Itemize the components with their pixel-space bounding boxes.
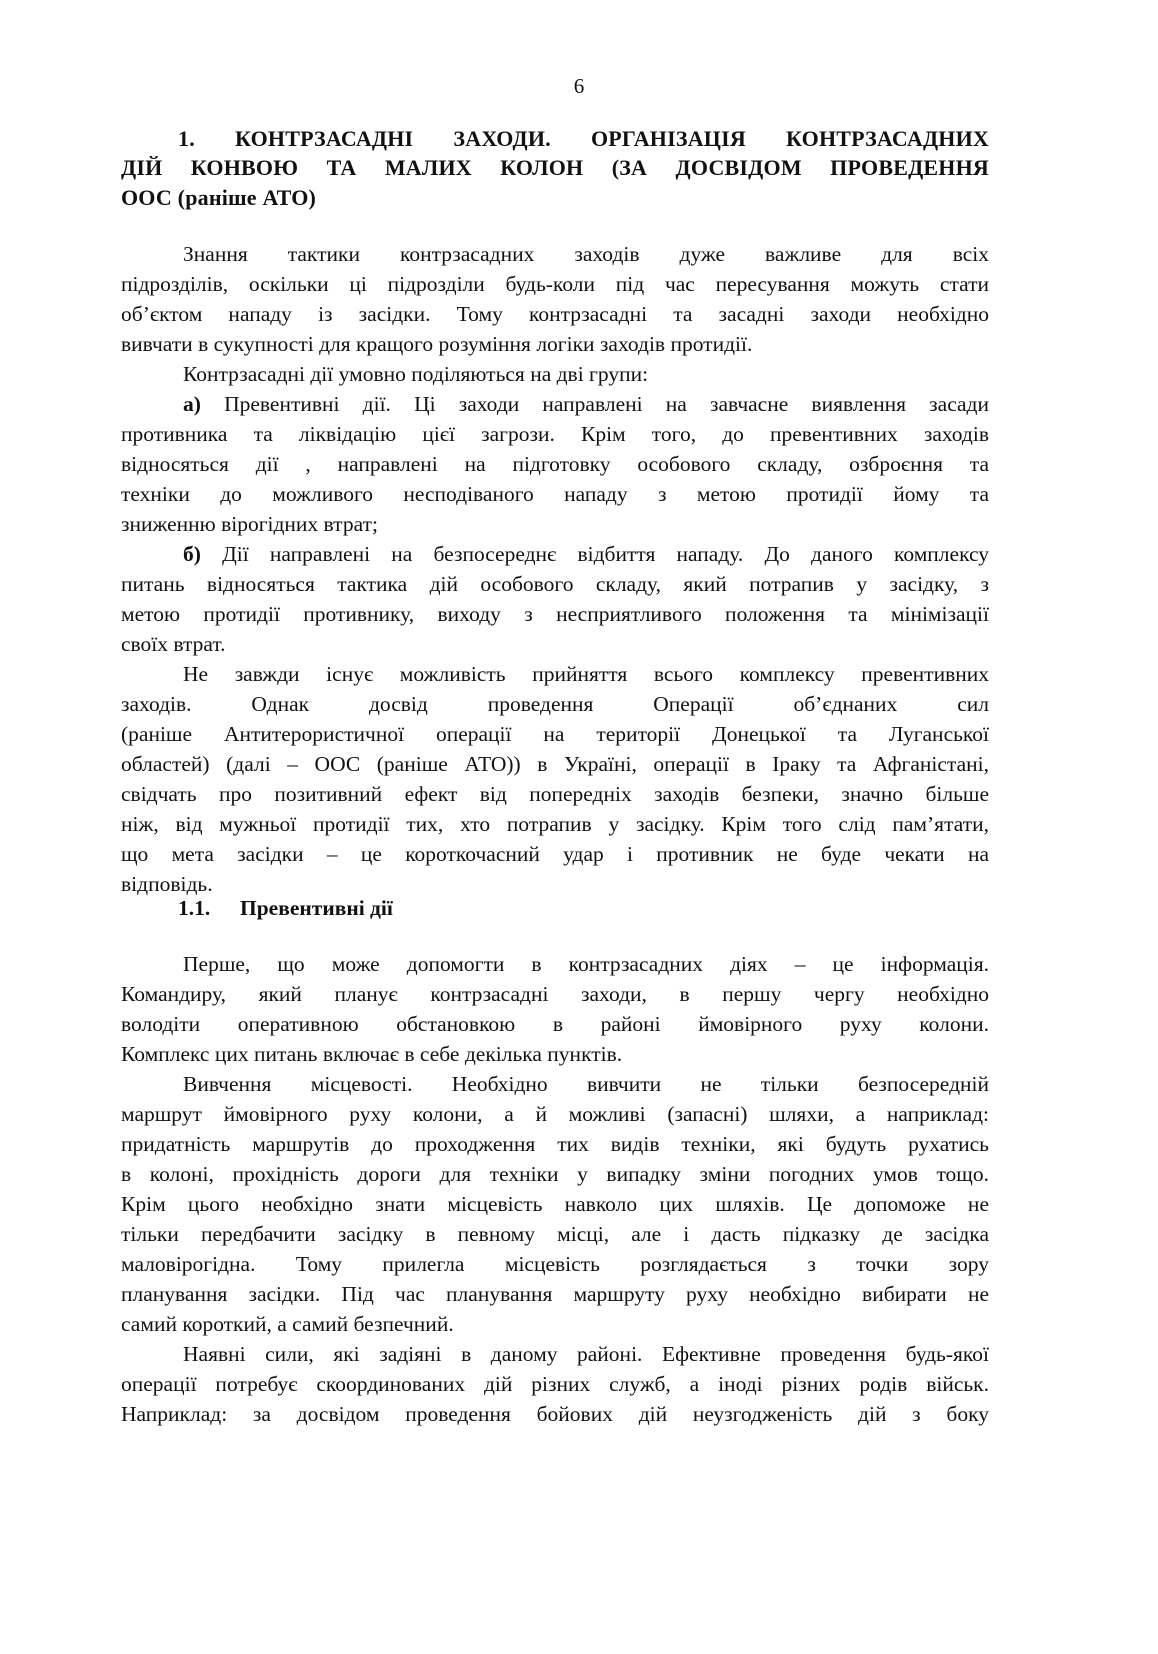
paragraph-line-a: а) Превентивні дії. Ці заходи направлені… (183, 389, 989, 419)
paragraph-line: маршрут ймовірного руху колони, а й можл… (121, 1099, 989, 1129)
paragraph-line: що мета засідки – це короткочасний удар … (121, 839, 989, 869)
chapter-heading-line-2: ДІЙ КОНВОЮ ТА МАЛИХ КОЛОН (ЗА ДОСВІДОМ П… (121, 153, 989, 183)
paragraph-line: самий короткий, а самий безпечний. (121, 1309, 989, 1339)
paragraph-line: Не завжди існує можливість прийняття всь… (183, 659, 989, 689)
paragraph-line: (раніше Антитерористичної операції на те… (121, 719, 989, 749)
paragraph-line: метою протидії противнику, виходу з несп… (121, 599, 989, 629)
chapter-heading-line-3: ООС (раніше АТО) (121, 183, 989, 213)
paragraph-line: об’єктом нападу із засідки. Тому контрза… (121, 299, 989, 329)
paragraph-line: планування засідки. Під час планування м… (121, 1279, 989, 1309)
paragraph-line: Знання тактики контрзасадних заходів дуж… (183, 239, 989, 269)
list-label-b: б) (183, 542, 201, 566)
paragraph-line: вивчати в сукупності для кращого розумін… (121, 329, 989, 359)
paragraph-line: ніж, від мужньої протидії тих, хто потра… (121, 809, 989, 839)
subsection-heading: 1.1.Превентивні дії (178, 893, 393, 923)
list-label-a: а) (183, 392, 201, 416)
paragraph-line: підрозділів, оскільки ці підрозділи будь… (121, 269, 989, 299)
paragraph-line: Крім цього необхідно знати місцевість на… (121, 1189, 989, 1219)
paragraph-line: Наприклад: за досвідом проведення бойови… (121, 1399, 989, 1429)
paragraph-line: областей) (далі – ООС (раніше АТО)) в Ук… (121, 749, 989, 779)
paragraph-line: придатність маршрутів до проходження тих… (121, 1129, 989, 1159)
paragraph-line: заходів. Однак досвід проведення Операці… (121, 689, 989, 719)
paragraph-line: Контрзасадні дії умовно поділяються на д… (183, 359, 989, 389)
chapter-heading-line-1: 1. КОНТРЗАСАДНІ ЗАХОДИ. ОРГАНІЗАЦІЯ КОНТ… (178, 124, 989, 154)
paragraph-line: Комплекс цих питань включає в себе декіл… (121, 1039, 989, 1069)
paragraph-line: своїх втрат. (121, 629, 989, 659)
paragraph-line: володіти оперативною обстановкою в район… (121, 1009, 989, 1039)
paragraph-line: техніки до можливого несподіваного напад… (121, 479, 989, 509)
paragraph-line: питань відносяться тактика дій особового… (121, 569, 989, 599)
subsection-title: Превентивні дії (240, 896, 393, 920)
paragraph-line: противника та ліквідацію цієї загрози. К… (121, 419, 989, 449)
paragraph-line: Вивчення місцевості. Необхідно вивчити н… (183, 1069, 989, 1099)
paragraph-line: тільки передбачити засідку в певному міс… (121, 1219, 989, 1249)
paragraph-line: Командиру, який планує контрзасадні захо… (121, 979, 989, 1009)
paragraph-line: маловірогідна. Тому прилегла місцевість … (121, 1249, 989, 1279)
paragraph-line: Перше, що може допомогти в контрзасадних… (183, 949, 989, 979)
paragraph-line: Наявні сили, які задіяні в даному районі… (183, 1339, 989, 1369)
paragraph-line-b: б) Дії направлені на безпосереднє відбит… (183, 539, 989, 569)
subsection-number: 1.1. (178, 893, 240, 923)
paragraph-line: в колоні, прохідність дороги для техніки… (121, 1159, 989, 1189)
page-number: 6 (0, 74, 1158, 99)
paragraph-line: операції потребує скоординованих дій різ… (121, 1369, 989, 1399)
paragraph-line: зниженню вірогідних втрат; (121, 509, 989, 539)
paragraph-line: відносяться дії , направлені на підготов… (121, 449, 989, 479)
paragraph-line: свідчать про позитивний ефект від попере… (121, 779, 989, 809)
